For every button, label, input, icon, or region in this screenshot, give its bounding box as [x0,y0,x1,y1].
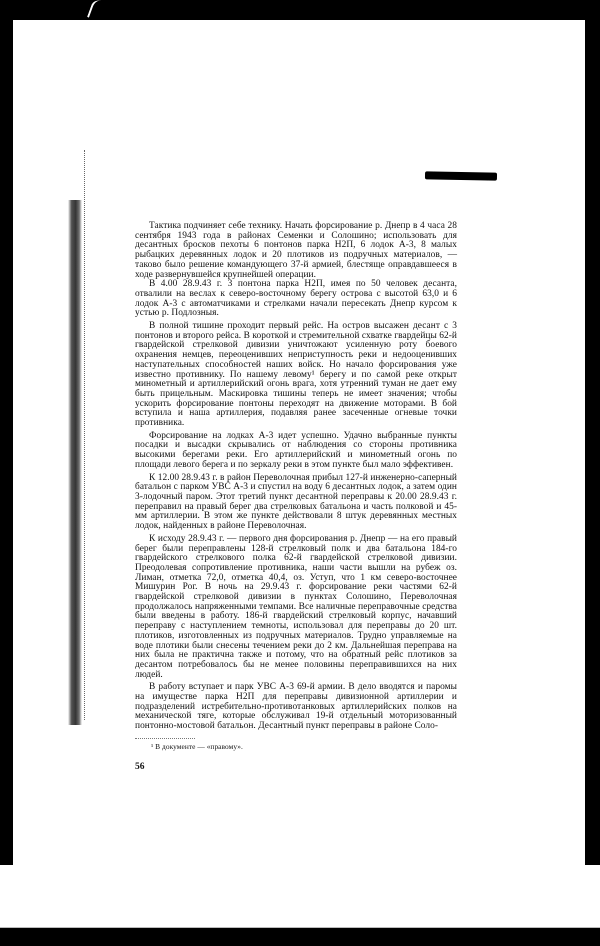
footnote-divider [135,738,195,739]
paragraph: Форсирование на лодках А-3 идет успешно.… [135,432,457,471]
footnote: ¹ В документе — «правому». [135,742,457,751]
page-number: 56 [135,763,457,773]
paragraph: В работу вступает и парк УВС А-3 69-й ар… [135,683,457,732]
paragraph: В полной тишине проходит первый рейс. На… [135,322,457,429]
scan-border-bottom [0,928,600,946]
page-bottom-margin [0,865,600,927]
paragraph: К исходу 28.9.43 г. — первого дня форсир… [135,535,457,681]
paragraph: К 12.00 28.9.43 г. в район Переволочная … [135,474,457,532]
page-body: Тактика подчиняет себе технику. Начать ф… [135,222,457,773]
paragraph: В 4.00 28.9.43 г. 3 понтона парка Н2П, и… [135,280,457,319]
paragraph: Тактика подчиняет себе технику. Начать ф… [135,222,457,280]
paper-curl-mark [87,0,107,22]
ink-smudge-mark [425,171,497,180]
binding-perforation [84,150,86,720]
binding-shadow [68,200,82,725]
